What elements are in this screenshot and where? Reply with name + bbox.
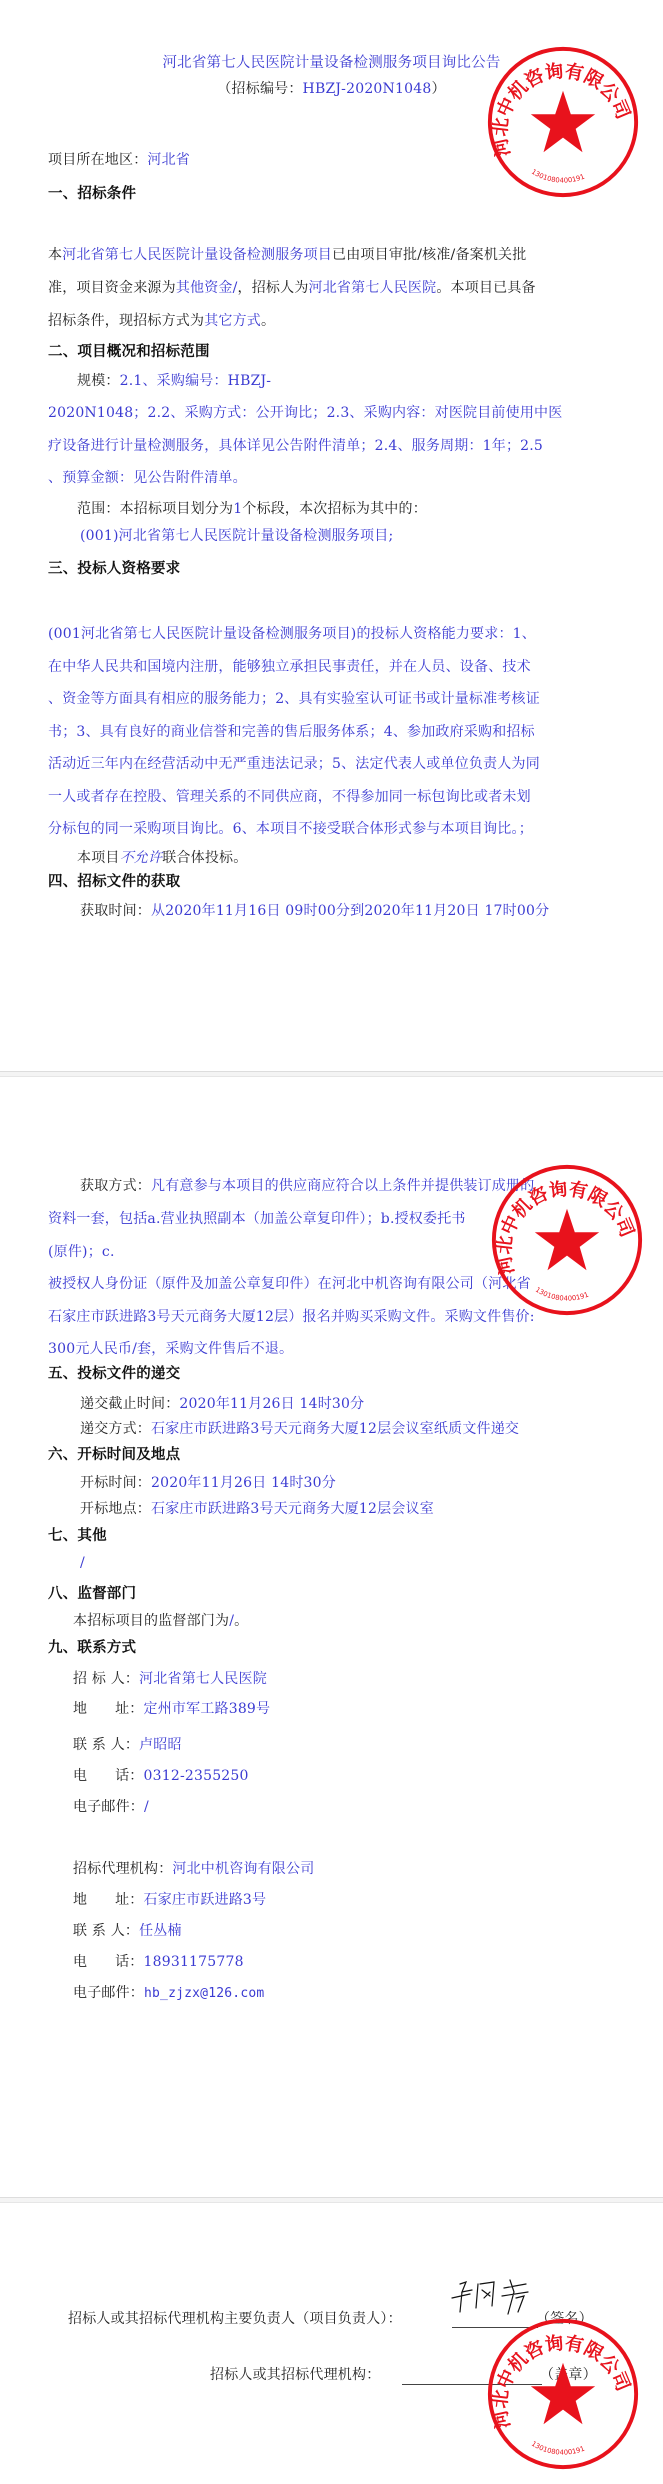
s4-method-3: (原件)；c. [48,1243,115,1261]
s3-line-4: 书；3、具有良好的商业信誉和完善的售后服务体系；4、参加政府采购和招标 [48,723,535,741]
svg-text:1301080400191: 1301080400191 [530,168,586,185]
s6-place: 开标地点：石家庄市跃进路3号天元商务大厦12层会议室 [80,1500,434,1518]
seal-icon: 河北中机咨询有限公司 1301080400191 [489,1162,645,1318]
s3-line-2: 在中华人民共和国境内注册，能够独立承担民事责任，并在人员、设备、技术 [48,658,531,676]
s8-text: 本招标项目的监督部门为/。 [73,1612,248,1630]
tenderer-name: 招 标 人：河北省第七人民医院 [73,1670,267,1688]
section-heading-2: 二、项目概况和招标范围 [48,343,210,361]
tenderer-phone: 电 话：0312-2355250 [73,1767,249,1785]
agency-phone: 电 话：18931175778 [73,1953,244,1971]
s3-line-7: 分标包的同一采购项目询比。6、本项目不接受联合体形式参与本项目询比。； [48,820,533,838]
seal-icon: 河北中机咨询有限公司 1301080400191 [485,2316,641,2472]
s2-lot: (001)河北省第七人民医院计量设备检测服务项目; [80,527,393,545]
page-break [0,1071,663,1077]
agency-email: 电子邮件：hb_zjzx@126.com [73,1984,264,2003]
tenderer-contact: 联 系 人：卢昭昭 [73,1736,182,1754]
s4-method-2: 资料一套，包括a.营业执照副本（加盖公章复印件）；b.授权委托书 [48,1210,466,1228]
company-seal-stamp-2: 河北中机咨询有限公司 1301080400191 [489,1162,645,1318]
s4-method-4: 被授权人身份证（原件及加盖公章复印件）在河北中机咨询有限公司（河北省 [48,1275,531,1293]
agency-name: 招标代理机构：河北中机咨询有限公司 [73,1860,314,1878]
agency-address: 地 址：石家庄市跃进路3号 [73,1891,266,1909]
s3-line-3: 、资金等方面具有相应的服务能力；2、具有实验室认可证书或计量标准考核证 [48,690,540,708]
s2-scale-4: 、预算金额：见公告附件清单。 [48,469,247,487]
company-seal-stamp: 河北中机咨询有限公司 1301080400191 [485,44,641,200]
s2-range: 范围：本招标项目划分为1个标段，本次招标为其中的： [77,500,427,518]
s3-line-5: 活动近三年内在经营活动中无严重违法记录；5、法定代表人或单位负责人为同 [48,755,540,773]
s2-scale-1: 规模：2.1、采购编号：HBZJ- [77,372,271,390]
s4-method-6: 300元人民币/套，采购文件售后不退。 [48,1340,293,1358]
svg-text:1301080400191: 1301080400191 [534,1286,590,1303]
seal-icon: 河北中机咨询有限公司 1301080400191 [485,44,641,200]
s3-line-1: (001河北省第七人民医院计量设备检测服务项目)的投标人资格能力要求：1、 [48,625,536,643]
s2-scale-2: 2020N1048；2.2、采购方式：公开询比；2.3、采购内容：对医院目前使用… [48,404,562,422]
section-heading-9: 九、联系方式 [48,1639,136,1657]
section-heading-1: 一、招标条件 [48,185,136,203]
agency-contact: 联 系 人：任丛楠 [73,1922,182,1940]
s6-time: 开标时间：2020年11月26日 14时30分 [80,1474,336,1492]
section-heading-7: 七、其他 [48,1527,107,1545]
s1-line-3: 招标条件，现招标方式为其它方式。 [48,312,275,330]
s1-line-2: 准，项目资金来源为其他资金/，招标人为河北省第七人民医院。本项目已具备 [48,279,536,297]
section-heading-4: 四、招标文件的获取 [48,873,180,891]
s4-method-5: 石家庄市跃进路3号天元商务大厦12层）报名并购买采购文件。采购文件售价: [48,1308,535,1326]
s4-time: 获取时间：从2020年11月16日 09时00分到2020年11月20日 17时… [80,902,549,920]
s7-value: / [80,1554,85,1572]
company-seal-stamp-3: 河北中机咨询有限公司 1301080400191 [485,2316,641,2472]
s1-line-1: 本河北省第七人民医院计量设备检测服务项目已由项目审批/核准/备案机关批 [48,246,526,264]
page-break-2 [0,2197,663,2203]
s4-method-1: 获取方式：凡有意参与本项目的供应商应符合以上条件并提供装订成册的 [80,1177,534,1195]
section-heading-3: 三、投标人资格要求 [48,560,180,578]
section-heading-5: 五、投标文件的递交 [48,1365,180,1383]
svg-text:1301080400191: 1301080400191 [530,2440,586,2457]
s5-deadline: 递交截止时间：2020年11月26日 14时30分 [80,1395,364,1413]
signature-icon [448,2278,538,2316]
s3-line-6: 一人或者存在控股、管理关系的不同供应商，不得参加同一标包询比或者未划 [48,788,531,806]
section-heading-8: 八、监督部门 [48,1585,136,1603]
tenderer-email: 电子邮件：/ [73,1798,149,1816]
s3-consortium: 本项目不允许联合体投标。 [77,849,247,867]
s5-method: 递交方式：石家庄市跃进路3号天元商务大厦12层会议室纸质文件递交 [80,1420,519,1438]
tenderer-address: 地 址：定州市军工路389号 [73,1700,270,1718]
s2-scale-3: 疗设备进行计量检测服务，具体详见公告附件清单；2.4、服务周期：1年；2.5 [48,437,543,455]
responsible-person-label: 招标人或其招标代理机构主要负责人（项目负责人）： [68,2310,402,2328]
section-heading-6: 六、开标时间及地点 [48,1446,180,1464]
agency-seal-label: 招标人或其招标代理机构： [210,2366,380,2384]
project-location: 项目所在地区：河北省 [48,151,190,169]
handwritten-signature [448,2278,538,2320]
